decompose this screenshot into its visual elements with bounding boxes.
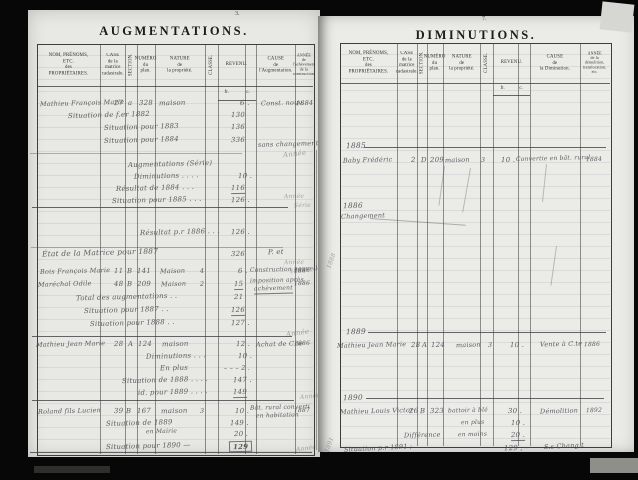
handwriting-entry: 126 . [231,197,250,204]
handwriting-entry: Mathieu Jean Marie [337,341,406,349]
handwriting-entry: Mathieu Jean Marie [36,340,105,348]
hand-rule-line [37,86,313,87]
handwriting-entry: 124 [138,341,152,348]
handwriting-entry: 6 . [240,100,250,107]
handwriting-entry: 1886 [294,268,310,274]
handwriting-entry: 3 [200,408,205,415]
handwriting-entry: 30 . [508,408,522,415]
handwriting-entry: 4 [200,268,205,275]
column-rule [397,43,398,446]
handwriting-entry: 10 . [238,173,252,180]
handwriting-entry: 136 [231,124,245,131]
col-header-cause: CAUSE de l'Augmentation. [256,46,295,84]
handwriting-entry: 27 [114,100,123,107]
handwriting-entry: maison [162,341,189,349]
handwriting-entry: 12 . [236,341,250,348]
handwriting-entry: 26 [409,408,418,415]
col-header-annee: ANNÉE de la démolition, translocation, e… [580,45,610,81]
handwriting-entry: 28 [411,342,420,349]
handwriting-entry: 1884 [296,100,314,107]
handwriting-entry: 6 . [238,268,248,275]
handwriting-entry: Mathieu Louis Victor [340,407,413,415]
handwriting-entry: Maison [161,281,186,288]
col-header-case: CASE de la matrice cadastrale. [100,46,125,84]
col-header-numero: NUMÉRO du plan. [427,45,443,81]
handwriting-entry: 130 [231,112,245,119]
col-header-nom: NOM, PRÉNOMS, ETC. des PROPRIÉTAIRES. [37,46,100,84]
handwriting-entry: 1886 [294,281,310,287]
handwriting-entry: 3 [488,342,493,349]
handwriting-entry: 1891 [324,436,335,452]
column-rule [530,43,531,446]
handwriting-entry: Maréchal Odile [38,280,92,288]
handwriting-entry: En plus [160,365,188,373]
handwriting-entry: 124 [431,342,445,349]
col-header-classe: CLASSE. [205,46,218,84]
handwriting-entry: Changement [341,212,385,220]
handwriting-entry: 48 [114,281,123,288]
handwriting-entry: 10 . [510,342,524,349]
page-title-diminutions: DIMINUTIONS. [318,28,634,43]
handwriting-entry: 1886 [294,341,310,347]
hand-rule-line [366,398,604,399]
handwriting-entry: Roland fils Lucien [38,407,101,415]
handwriting-entry: 11 [114,268,123,275]
page-number: 7. [482,16,487,22]
handwriting-entry: Baby Frédéric [343,156,393,164]
column-rule [518,43,519,446]
handwriting-entry: Année [284,194,304,201]
handwriting-entry: 126 [231,307,245,316]
handwriting-entry: en Mairie [146,429,177,436]
handwriting-entry: achèvement [254,285,293,294]
handwriting-entry: 39 [114,408,123,415]
column-rule [580,43,581,446]
handwriting-entry: 10 . [235,408,249,415]
handwriting-entry: 141 [137,268,151,275]
handwriting-entry: 1886 [343,202,363,210]
handwriting-entry: 1886 [584,342,600,348]
handwriting-entry: 209 [430,157,444,164]
handwriting-entry: 1887 [294,408,310,414]
handwriting-entry: B [126,408,132,415]
page-augmentations: 3. AUGMENTATIONS. NOM, PRÉNOMS, ETC. des… [28,10,320,457]
handwriting-entry: 149 . [230,420,249,427]
handwriting-entry: maison [161,408,188,416]
hand-rule-line [32,336,292,337]
scan-smudge-bottom-left [34,466,110,473]
handwriting-entry: A [128,341,133,348]
col-header-case: CASE de la matrice cadastrale. [397,45,417,81]
handwriting-entry: Vente à C.te [540,340,582,348]
column-rule [427,43,428,446]
handwriting-entry: 126 . [231,229,250,236]
col-header-annee: ANNÉE de l'achèvement de la construction… [295,46,313,84]
handwriting-entry: battoir à blé [448,407,488,414]
handwriting-entry: 3 [481,157,486,164]
handwriting-entry: maison [159,100,186,108]
handwriting-entry: 21 [234,294,243,301]
handwriting-entry: Démolition [540,408,578,415]
handwriting-entry: D [421,157,427,164]
handwriting-entry: Différence [404,432,441,439]
hand-rule-line [30,153,242,154]
page-number: 3. [235,11,240,17]
handwriting-entry: 129 , – [504,445,529,452]
handwriting-entry: 1884 [586,157,602,163]
handwriting-entry: Bois François Marie [40,267,110,275]
handwriting-entry: sans changement [258,140,319,148]
column-rule [256,44,257,454]
hand-rule-line [218,100,256,101]
handwriting-entry: Série [294,203,311,209]
handwriting-entry: en moins [458,432,487,439]
handwriting-entry: A [422,342,427,349]
col-header-nom: NOM, PRÉNOMS, ETC. des PROPRIÉTAIRES. [340,45,397,81]
column-rule [493,43,494,446]
handwriting-entry: 336 [231,137,245,144]
handwriting-entry: 149 [233,389,247,398]
handwriting-entry: 129 [229,441,252,453]
revenu-sub-fr: fr. [225,90,229,95]
handwriting-entry: 326 [231,251,245,258]
handwriting-entry: 1888 [326,252,337,269]
revenu-sub-fr: fr. [501,86,505,91]
handwriting-entry: 1889 [346,328,366,336]
handwriting-entry: a [128,100,133,107]
handwriting-entry: 10 . [511,420,525,427]
diminutions-table [340,43,612,448]
col-header-numero: NUMÉRO du plan. [137,46,155,84]
column-rule [417,43,418,446]
handwriting-entry: 20 . [234,431,248,438]
handwriting-entry: 209 [137,281,151,288]
handwriting-entry: B [127,268,133,275]
hand-rule-line [364,147,606,148]
paper-scrap-top-right [600,1,635,32]
hand-rule-line [32,207,288,208]
paper-scrap-bottom-right [590,458,638,473]
handwriting-entry: 1890 [343,394,363,402]
col-header-nature: NATURE de la propriété. [443,45,480,81]
handwriting-entry: 28 [114,341,123,348]
handwriting-entry: 15 [234,281,244,290]
page-title-augmentations: AUGMENTATIONS. [28,24,320,39]
handwriting-entry: Situation p.r 1891 ; [344,443,413,452]
column-rule [218,44,219,454]
handwriting-entry: B [420,408,426,415]
handwriting-entry: B [127,281,133,288]
revenu-sub-c: c. [246,90,249,95]
col-header-classe: CLASSE. [480,45,493,81]
handwriting-entry: 116 [231,185,245,194]
column-rule [443,43,444,446]
handwriting-entry: en plus [461,420,485,427]
column-rule [480,43,481,446]
handwriting-entry: 1892 [586,408,602,414]
handwriting-entry: 2 [411,157,416,164]
col-header-nature: NATURE de la propriété. [155,46,205,84]
handwriting-entry: – – – 2 . [224,365,250,372]
handwriting-entry: 1885 [346,142,366,150]
handwriting-entry: 20 . [511,432,525,441]
handwriting-entry: S.s Chang.t [544,442,584,451]
handwriting-entry: 10 . [238,353,252,360]
hand-rule-line [32,400,294,401]
handwriting-entry: maison [456,342,481,349]
hand-rule-line [493,95,530,96]
handwriting-entry: 147 . [233,377,252,384]
col-header-cause: CAUSE de la Diminution. [530,45,580,81]
revenu-sub-c: c. [519,86,522,91]
handwriting-entry: 10 . [501,157,515,164]
handwriting-entry: P. et [268,249,284,256]
handwriting-entry: 127 . [231,320,250,327]
hand-rule-line [30,452,312,453]
handwriting-entry: Maison [160,268,185,275]
hand-rule-line [340,83,610,84]
col-header-revenu: REVENU. [493,45,530,81]
hand-rule-line [368,332,606,333]
handwriting-entry: 167 [137,408,151,415]
handwriting-entry: 2 [200,281,205,288]
handwriting-entry: maison [445,157,470,164]
page-diminutions: 7. DIMINUTIONS. NOM, PRÉNOMS, ETC. des P… [318,16,634,452]
handwriting-entry: 323 [430,408,444,415]
col-header-revenu: REVENU. [218,46,256,84]
handwriting-entry: en habitation [256,412,299,419]
handwriting-entry: 328 [139,100,153,107]
